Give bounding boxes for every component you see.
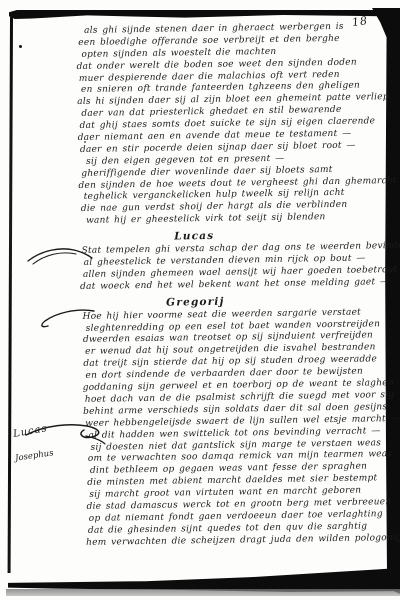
ink-speck	[19, 45, 22, 48]
photo-edge-top	[9, 10, 400, 19]
photo-edge-left	[8, 17, 13, 573]
margin-note-josephus: Josephus	[14, 448, 54, 463]
scan-shadow-strip	[6, 589, 400, 596]
manuscript-page: 18 Lucas Josephus als ghi sijnde stenen …	[0, 0, 400, 600]
manuscript-text-block: als ghi sijnde stenen daer in gheraect w…	[76, 21, 386, 549]
